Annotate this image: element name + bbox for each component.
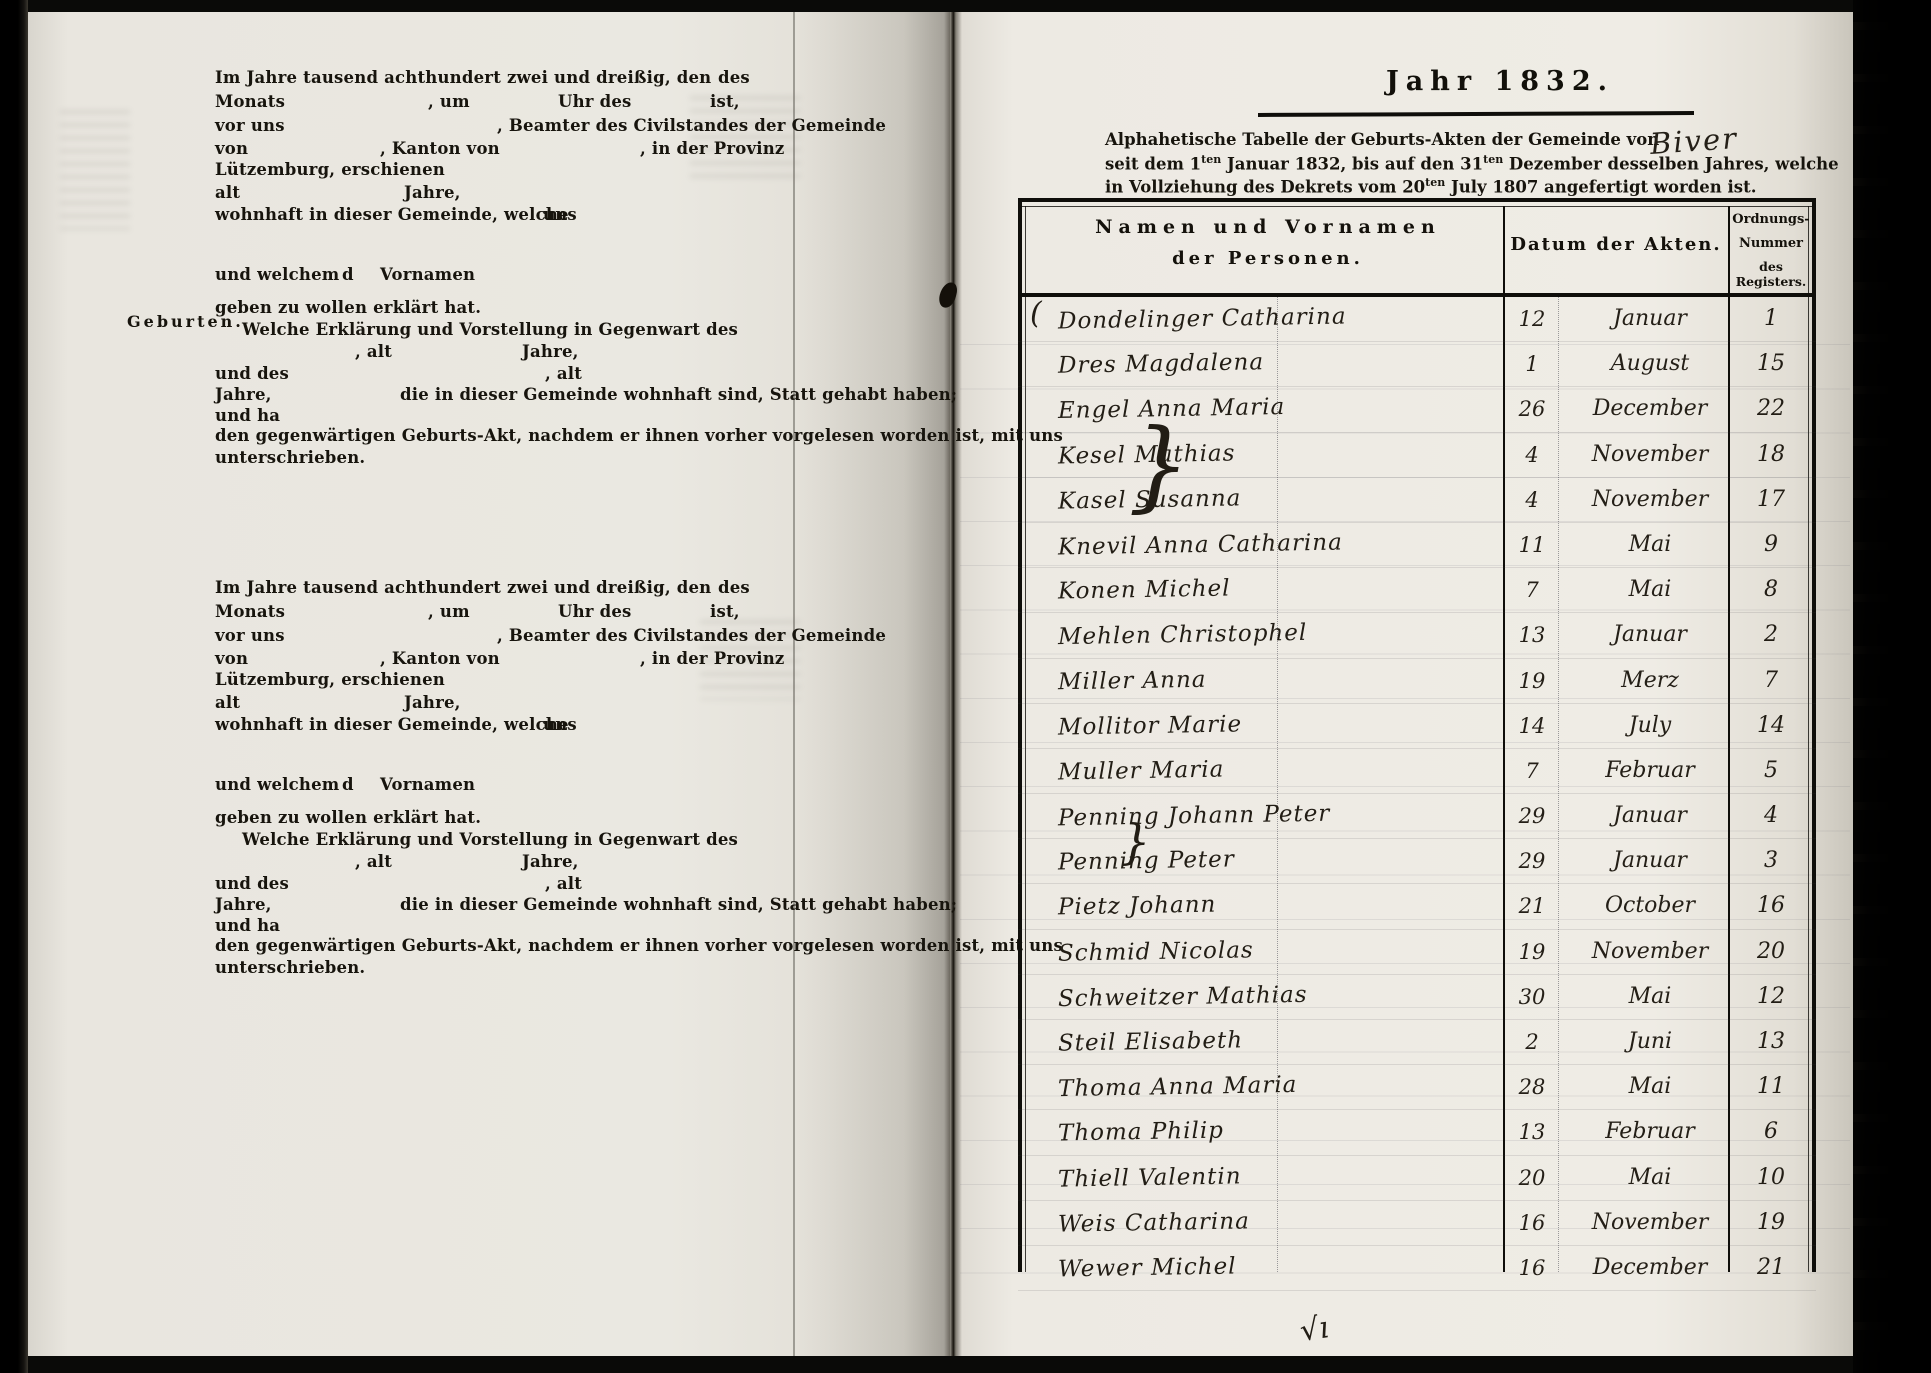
act-day: 26	[1505, 387, 1559, 431]
act-day: 1	[1505, 342, 1559, 386]
desc-text: Alphahetische Tabelle der Geburts-Akten …	[1105, 130, 1659, 149]
form-text: Monats	[215, 602, 285, 621]
form-text: Jahre,	[404, 183, 461, 202]
page-title-jahr-1832: Jahr 1832.	[1330, 66, 1670, 97]
superscript: ten	[1425, 176, 1445, 189]
act-month: October	[1570, 884, 1730, 928]
form-text: geben zu wollen erklärt hat.	[215, 298, 481, 317]
column-header-names: Namen und Vornamen	[1038, 216, 1498, 238]
register-number: 7	[1732, 659, 1810, 703]
birth-acts-table: Namen und Vornamen der Personen. Datum d…	[1018, 198, 1816, 1272]
register-number: 10	[1732, 1156, 1810, 1200]
person-name: Dres Magdalena	[1058, 340, 1265, 388]
act-month: Februar	[1570, 1110, 1730, 1154]
act-month: December	[1570, 1246, 1730, 1290]
book-fold	[944, 0, 962, 1373]
column-header-ordnung: Nummer	[1730, 236, 1812, 251]
table-row: Muller Maria 7 Februar 5	[1018, 749, 1816, 794]
act-day: 7	[1505, 568, 1559, 612]
margin-label-geburten: Geburten.	[127, 312, 244, 331]
act-day: 29	[1505, 794, 1559, 838]
act-day: 19	[1505, 659, 1559, 703]
person-name: Wewer Michel	[1058, 1244, 1237, 1291]
form-text: Welche Erklärung und Vorstellung in Gege…	[242, 830, 738, 849]
form-text: des	[718, 68, 750, 87]
desc-text: in Vollziehung des Dekrets vom 20	[1105, 178, 1425, 197]
form-text: Welche Erklärung und Vorstellung in Gege…	[242, 320, 738, 339]
table-row: Schweitzer Mathias 30 Mai 12	[1018, 975, 1816, 1020]
register-number: 14	[1732, 704, 1810, 748]
act-month: November	[1570, 433, 1730, 477]
form-text: vor uns	[215, 116, 285, 135]
table-row: Thiell Valentin 20 Mai 10	[1018, 1156, 1816, 1201]
ink-stroke-mark: √ı	[1298, 1310, 1331, 1349]
brace-mark: }	[1120, 820, 1151, 864]
scan-edge	[1853, 0, 1931, 1373]
act-day: 16	[1505, 1246, 1559, 1290]
act-day: 16	[1505, 1201, 1559, 1245]
act-month: December	[1570, 387, 1730, 431]
person-name: Steil Elisabeth	[1058, 1018, 1244, 1065]
act-day: 2	[1505, 1020, 1559, 1064]
desc-text: seit dem 1	[1105, 155, 1201, 174]
person-name: Miller Anna	[1058, 657, 1207, 704]
act-day: 30	[1505, 975, 1559, 1019]
form-text: , Beamter des Civilstandes der Gemeinde	[497, 626, 886, 645]
act-month: Mai	[1570, 1156, 1730, 1200]
form-text: d	[342, 265, 354, 284]
form-text: Lützemburg, erschienen	[215, 160, 445, 179]
form-text: d	[342, 775, 354, 794]
form-text: , Beamter des Civilstandes der Gemeinde	[497, 116, 886, 135]
act-month: August	[1570, 342, 1730, 386]
table-row: Thoma Anna Maria 28 Mai 11	[1018, 1065, 1816, 1110]
register-number: 18	[1732, 433, 1810, 477]
scan-edge	[0, 0, 1931, 12]
ink-stroke-mark: (	[1030, 296, 1042, 331]
person-name: Schmid Nicolas	[1058, 928, 1254, 976]
act-day: 12	[1505, 297, 1559, 341]
form-text: Jahre,	[404, 693, 461, 712]
form-text: den gegenwärtigen Geburts-Akt, nachdem e…	[215, 936, 1063, 955]
form-text: den gegenwärtigen Geburts-Akt, nachdem e…	[215, 426, 1063, 445]
person-name: Thoma Philip	[1058, 1109, 1225, 1156]
form-text: ist,	[710, 92, 740, 111]
act-day: 28	[1505, 1065, 1559, 1109]
table-description-line: in Vollziehung des Dekrets vom 20ten Jul…	[1105, 176, 1756, 197]
register-number: 11	[1732, 1065, 1810, 1109]
scan-edge	[0, 0, 28, 1373]
column-header-ordnung: Ordnungs-	[1730, 212, 1812, 227]
table-border	[1018, 198, 1816, 202]
register-number: 22	[1732, 387, 1810, 431]
person-name: Thoma Anna Maria	[1058, 1063, 1298, 1111]
act-day: 21	[1505, 884, 1559, 928]
act-month: Juni	[1570, 1020, 1730, 1064]
form-text: und des	[215, 364, 289, 383]
form-text: die in dieser Gemeinde wohnhaft sind, St…	[400, 895, 957, 914]
form-text: Lützemburg, erschienen	[215, 670, 445, 689]
column-header-names-sub: der Personen.	[1038, 248, 1498, 269]
form-text: Vornamen	[380, 265, 475, 284]
act-day: 4	[1505, 478, 1559, 522]
desc-text: Dezember desselben Jahres, welche	[1503, 155, 1838, 174]
form-text: uns	[543, 205, 577, 224]
person-name: Konen Michel	[1058, 567, 1231, 614]
superscript: ten	[1201, 153, 1221, 166]
form-text: des	[718, 578, 750, 597]
person-name: Pietz Johann	[1058, 883, 1217, 930]
person-name: Mehlen Christophel	[1058, 611, 1308, 660]
register-number: 12	[1732, 975, 1810, 1019]
register-number: 15	[1732, 342, 1810, 386]
table-row: Knevil Anna Catharina 11 Mai 9	[1018, 523, 1816, 568]
act-day: 13	[1505, 1110, 1559, 1154]
column-header-date: Datum der Akten.	[1505, 234, 1727, 255]
act-month: Mai	[1570, 523, 1730, 567]
form-text: unterschrieben.	[215, 958, 365, 977]
form-text: uns	[543, 715, 577, 734]
register-number: 1	[1732, 297, 1810, 341]
register-number: 16	[1732, 884, 1810, 928]
act-day: 11	[1505, 523, 1559, 567]
form-text: und welchem	[215, 775, 339, 794]
act-day: 29	[1505, 839, 1559, 883]
scan-edge	[0, 1356, 1931, 1373]
form-text: , um	[428, 602, 470, 621]
register-number: 2	[1732, 613, 1810, 657]
form-text: alt	[215, 183, 240, 202]
scanned-register-spread: Im Jahre tausend achthundert zwei und dr…	[0, 0, 1931, 1373]
form-text: wohnhaft in dieser Gemeinde, welche	[215, 205, 569, 224]
table-row: Dres Magdalena 1 August 15	[1018, 342, 1816, 387]
register-number: 20	[1732, 930, 1810, 974]
register-number: 9	[1732, 523, 1810, 567]
act-day: 19	[1505, 930, 1559, 974]
act-month: November	[1570, 930, 1730, 974]
form-text: Monats	[215, 92, 285, 111]
fold-shading	[795, 10, 950, 1360]
form-text: geben zu wollen erklärt hat.	[215, 808, 481, 827]
form-text: Im Jahre tausend achthundert zwei und dr…	[215, 68, 711, 87]
form-text: alt	[215, 693, 240, 712]
table-row: Dondelinger Catharina 12 Januar 1	[1018, 297, 1816, 342]
table-description-line: seit dem 1ten Januar 1832, bis auf den 3…	[1105, 153, 1839, 174]
form-text: von	[215, 139, 248, 158]
person-name: Thiell Valentin	[1058, 1154, 1242, 1201]
person-name: Schweitzer Mathias	[1058, 973, 1308, 1022]
act-month: Januar	[1570, 794, 1730, 838]
twin-brace-mark: }	[1128, 420, 1190, 512]
table-row: Miller Anna 19 Merz 7	[1018, 659, 1816, 704]
register-number: 13	[1732, 1020, 1810, 1064]
desc-text: Januar 1832, bis auf den 31	[1221, 155, 1483, 174]
act-month: November	[1570, 478, 1730, 522]
table-row: Weis Catharina 16 November 19	[1018, 1201, 1816, 1246]
desc-text: July 1807 angefertigt worden ist.	[1445, 178, 1756, 197]
act-month: Merz	[1570, 659, 1730, 703]
act-day: 20	[1505, 1156, 1559, 1200]
act-day: 7	[1505, 749, 1559, 793]
act-month: Januar	[1570, 297, 1730, 341]
form-text: Uhr des	[558, 92, 632, 111]
form-text: Vornamen	[380, 775, 475, 794]
form-text: und ha	[215, 916, 280, 935]
form-text: und des	[215, 874, 289, 893]
table-row: Thoma Philip 13 Februar 6	[1018, 1110, 1816, 1155]
table-row: Schmid Nicolas 19 November 20	[1018, 930, 1816, 975]
form-text: Jahre,	[522, 342, 579, 361]
form-text: und welchem	[215, 265, 339, 284]
form-text: ist,	[710, 602, 740, 621]
register-number: 6	[1732, 1110, 1810, 1154]
act-day: 4	[1505, 433, 1559, 477]
act-month: Mai	[1570, 568, 1730, 612]
form-text: , um	[428, 92, 470, 111]
bleedthrough-artifact	[60, 110, 130, 230]
act-month: Januar	[1570, 613, 1730, 657]
form-text: , in der Provinz	[640, 139, 785, 158]
act-month: Februar	[1570, 749, 1730, 793]
column-header-ordnung: des Registers.	[1730, 259, 1812, 289]
register-number: 21	[1732, 1246, 1810, 1290]
form-text: , alt	[355, 342, 392, 361]
form-text: , alt	[545, 874, 582, 893]
act-day: 13	[1505, 613, 1559, 657]
act-month: November	[1570, 1201, 1730, 1245]
form-text: vor uns	[215, 626, 285, 645]
table-border	[1018, 206, 1816, 207]
form-text: , in der Provinz	[640, 649, 785, 668]
register-number: 19	[1732, 1201, 1810, 1245]
register-number: 8	[1732, 568, 1810, 612]
form-text: wohnhaft in dieser Gemeinde, welche	[215, 715, 569, 734]
table-row: Pietz Johann 21 October 16	[1018, 884, 1816, 929]
form-text: Im Jahre tausend achthundert zwei und dr…	[215, 578, 711, 597]
act-month: Mai	[1570, 975, 1730, 1019]
form-text: Jahre,	[215, 895, 272, 914]
form-text: und ha	[215, 406, 280, 425]
table-row: Mehlen Christophel 13 Januar 2	[1018, 613, 1816, 658]
table-row: Konen Michel 7 Mai 8	[1018, 568, 1816, 613]
person-name: Muller Maria	[1058, 747, 1225, 794]
act-month: July	[1570, 704, 1730, 748]
register-number: 4	[1732, 794, 1810, 838]
form-text: , alt	[545, 364, 582, 383]
person-name: Dondelinger Catharina	[1058, 294, 1347, 343]
register-number: 17	[1732, 478, 1810, 522]
superscript: ten	[1483, 153, 1503, 166]
form-text: , Kanton von	[380, 139, 500, 158]
table-row: Wewer Michel 16 December 21	[1018, 1246, 1816, 1291]
person-name: Weis Catharina	[1058, 1199, 1251, 1247]
form-text: Uhr des	[558, 602, 632, 621]
form-text: Jahre,	[215, 385, 272, 404]
person-name: Penning Johann Peter	[1058, 792, 1331, 841]
table-row: Mollitor Marie 14 July 14	[1018, 704, 1816, 749]
table-row: Steil Elisabeth 2 Juni 13	[1018, 1020, 1816, 1065]
register-number: 5	[1732, 749, 1810, 793]
register-number: 3	[1732, 839, 1810, 883]
form-text: , Kanton von	[380, 649, 500, 668]
form-text: Jahre,	[522, 852, 579, 871]
act-day: 14	[1505, 704, 1559, 748]
person-name: Mollitor Marie	[1058, 702, 1243, 749]
form-text: , alt	[355, 852, 392, 871]
act-month: Mai	[1570, 1065, 1730, 1109]
form-text: von	[215, 649, 248, 668]
act-month: Januar	[1570, 839, 1730, 883]
form-text: die in dieser Gemeinde wohnhaft sind, St…	[400, 385, 957, 404]
form-text: unterschrieben.	[215, 448, 365, 467]
table-description-line: Alphahetische Tabelle der Geburts-Akten …	[1105, 130, 1659, 149]
person-name: Knevil Anna Catharina	[1058, 520, 1344, 569]
